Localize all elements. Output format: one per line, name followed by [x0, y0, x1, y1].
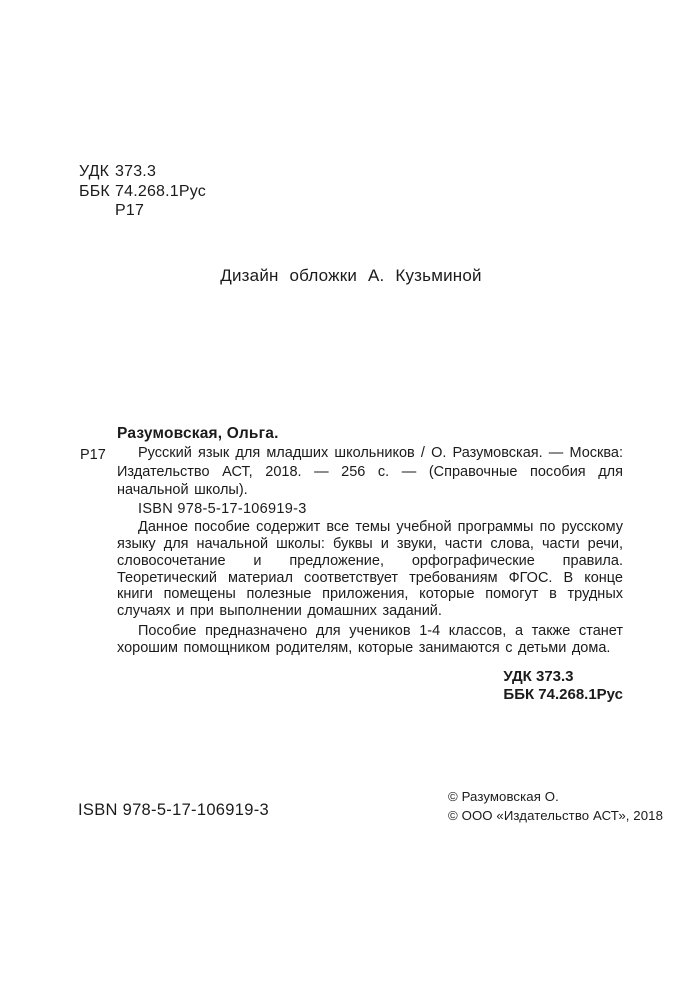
annotation-paragraph-1: Данное пособие содержит все темы учебной…: [117, 519, 623, 620]
udk-row: УДК 373.3: [79, 162, 206, 182]
catalog-card: Р17 Разумовская, Ольга. Русский язык для…: [79, 424, 623, 703]
bbk-value: 74.268.1Рус: [115, 182, 206, 202]
copyright-block: © Разумовская О. © ООО «Издательство АСТ…: [448, 788, 663, 825]
catalog-card-body: Разумовская, Ольга. Русский язык для мла…: [117, 424, 623, 703]
author-heading: Разумовская, Ольга.: [117, 424, 623, 444]
footer-classification-codes: УДК 373.3 ББК 74.268.1Рус: [117, 668, 623, 703]
bbk-label: ББК: [79, 182, 115, 202]
udk-value: 373.3: [115, 162, 156, 182]
bbk-footer: ББК 74.268.1Рус: [503, 686, 623, 704]
catalog-isbn: ISBN 978-5-17-106919-3: [138, 500, 623, 519]
udk-footer: УДК 373.3: [503, 668, 623, 686]
copyright-publisher: © ООО «Издательство АСТ», 2018: [448, 807, 663, 826]
copyright-author: © Разумовская О.: [448, 788, 663, 807]
author-sign-margin-code: Р17: [80, 447, 106, 463]
top-classification-codes: УДК 373.3 ББК 74.268.1Рус Р17: [79, 162, 206, 221]
book-imprint-page: УДК 373.3 ББК 74.268.1Рус Р17 Дизайн обл…: [0, 0, 682, 1000]
author-sign-row: Р17: [79, 201, 206, 221]
footer-classification-codes-inner: УДК 373.3 ББК 74.268.1Рус: [503, 668, 623, 703]
footer-isbn: ISBN 978-5-17-106919-3: [78, 801, 269, 820]
udk-label: УДК: [79, 162, 115, 182]
author-sign-label: [79, 201, 115, 221]
bbk-row: ББК 74.268.1Рус: [79, 182, 206, 202]
cover-design-credit: Дизайн обложки А. Кузьминой: [0, 266, 682, 286]
bibliographic-description: Русский язык для младших школьников / О.…: [117, 444, 623, 500]
author-sign-value: Р17: [115, 201, 144, 221]
annotation-paragraph-2: Пособие предназначено для учеников 1-4 к…: [117, 623, 623, 657]
